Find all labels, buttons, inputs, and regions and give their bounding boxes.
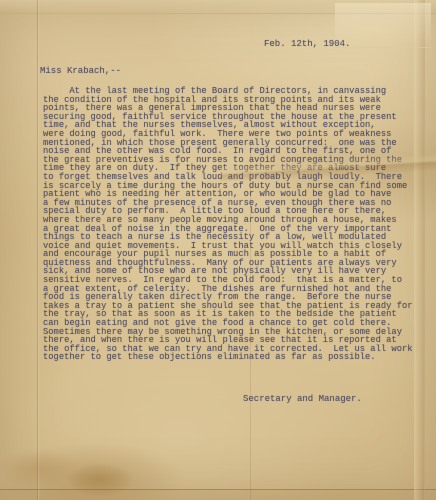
letter-body: At the last meeting of the Board of Dire… (43, 87, 413, 362)
letter-signature: Secretary and Manager. (243, 394, 362, 404)
stain-bottom-left (55, 455, 145, 500)
light-patch-top-right (335, 3, 431, 48)
fold-crease-left-vertical (37, 0, 38, 500)
fold-crease-middle-vertical (250, 140, 251, 500)
letter-sheet: Feb. 12th, 1904. Miss Krabach,-- At the … (0, 0, 436, 500)
letter-salutation: Miss Krabach,-- (40, 66, 121, 76)
fold-crease-right-vertical (414, 0, 425, 500)
